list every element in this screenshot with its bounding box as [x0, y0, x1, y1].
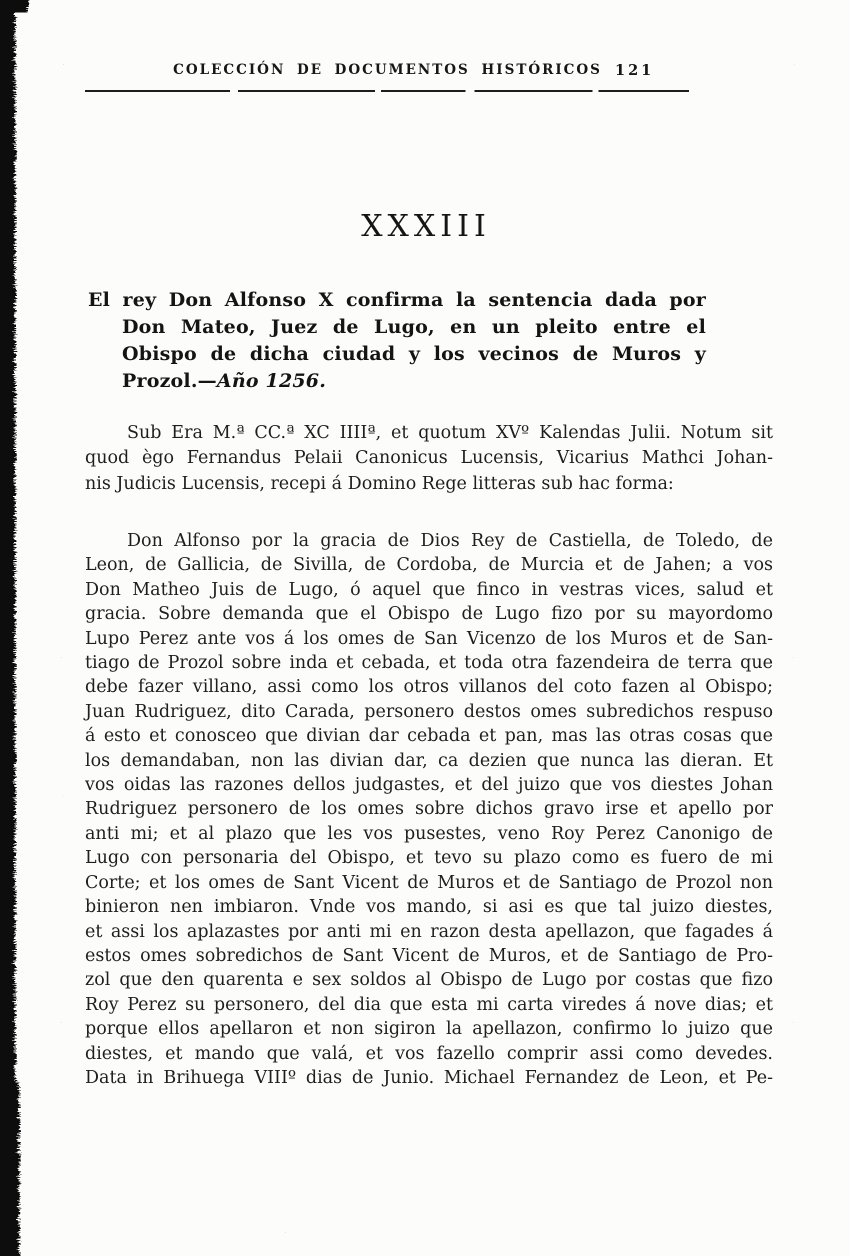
- document-summary: El rey Don Alfonso X confirma la sentenc…: [88, 287, 706, 395]
- text-line: Corte; et los omes de Sant Vicent de Mur…: [85, 871, 773, 895]
- paragraph-royal-letter: Don Alfonso por la gracia de Dios Rey de…: [85, 529, 773, 1090]
- text-line: Rudriguez personero de los omes sobre di…: [85, 797, 773, 821]
- text-line: debe fazer villano, assi como los otros …: [85, 675, 773, 699]
- summary-year: Año 1256.: [217, 370, 326, 392]
- text-line: Roy Perez su personero, del dia que esta…: [85, 993, 773, 1017]
- section-number: XXXIII: [85, 209, 767, 244]
- text-line: zol que den quarenta e sex soldos al Obi…: [85, 968, 773, 992]
- scanned-page: COLECCIÓN DE DOCUMENTOS HISTÓRICOS 121 X…: [0, 0, 850, 1256]
- text-line: Sub Era M.ª CC.ª XC IIIIª, et quotum XVº…: [85, 421, 773, 446]
- text-line: los demandaban, non las divian dar, ca d…: [85, 749, 773, 773]
- summary-line: Don Mateo, Juez de Lugo, en un pleito en…: [122, 314, 706, 341]
- text-line: Lupo Perez ante vos á los omes de San Vi…: [85, 627, 773, 651]
- text-line: Don Matheo Juis de Lugo, ó aquel que fin…: [85, 578, 773, 602]
- text-line: á esto et conosceo que divian dar cebada…: [85, 724, 773, 748]
- text-line: vos oidas las razones dellos judgastes, …: [85, 773, 773, 797]
- text-line: anti mi; et al plazo que les vos puseste…: [85, 822, 773, 846]
- summary-line: El rey Don Alfonso X confirma la sentenc…: [88, 287, 706, 314]
- summary-line-prefix: Prozol.—: [122, 370, 217, 392]
- text-line: Data in Brihuega VIIIº dias de Junio. Mi…: [85, 1066, 773, 1090]
- text-line: Lugo con personaria del Obispo, et tevo …: [85, 846, 773, 870]
- text-line: diestes, et mando que valá, et vos fazel…: [85, 1042, 773, 1066]
- text-line: et assi los aplazastes por anti mi en ra…: [85, 920, 773, 944]
- header-rule: [85, 90, 689, 92]
- text-line: nis Judicis Lucensis, recepi á Domino Re…: [85, 472, 773, 497]
- summary-line: Obispo de dicha ciudad y los vecinos de …: [122, 341, 706, 368]
- text-line: quod ègo Fernandus Pelaii Canonicus Luce…: [85, 446, 773, 471]
- text-line: tiago de Prozol sobre inda et cebada, et…: [85, 651, 773, 675]
- paragraph-latin-intro: Sub Era M.ª CC.ª XC IIIIª, et quotum XVº…: [85, 421, 773, 497]
- page-number: 121: [615, 62, 654, 79]
- text-line: gracia. Sobre demanda que el Obispo de L…: [85, 602, 773, 626]
- text-line: Don Alfonso por la gracia de Dios Rey de…: [85, 529, 773, 553]
- summary-line: Prozol.—Año 1256.: [122, 368, 706, 395]
- scan-edge-band: [0, 0, 48, 1256]
- text-line: Juan Rudriguez, dito Carada, personero d…: [85, 700, 773, 724]
- text-line: Leon, de Gallicia, de Sivilla, de Cordob…: [85, 553, 773, 577]
- text-line: porque ellos apellaron et non sigiron la…: [85, 1017, 773, 1041]
- header-title: COLECCIÓN DE DOCUMENTOS HISTÓRICOS: [173, 62, 602, 78]
- text-line: estos omes sobredichos de Sant Vicent de…: [85, 944, 773, 968]
- running-header: COLECCIÓN DE DOCUMENTOS HISTÓRICOS 121: [85, 62, 690, 84]
- text-line: binieron nen imbiaron. Vnde vos mando, s…: [85, 895, 773, 919]
